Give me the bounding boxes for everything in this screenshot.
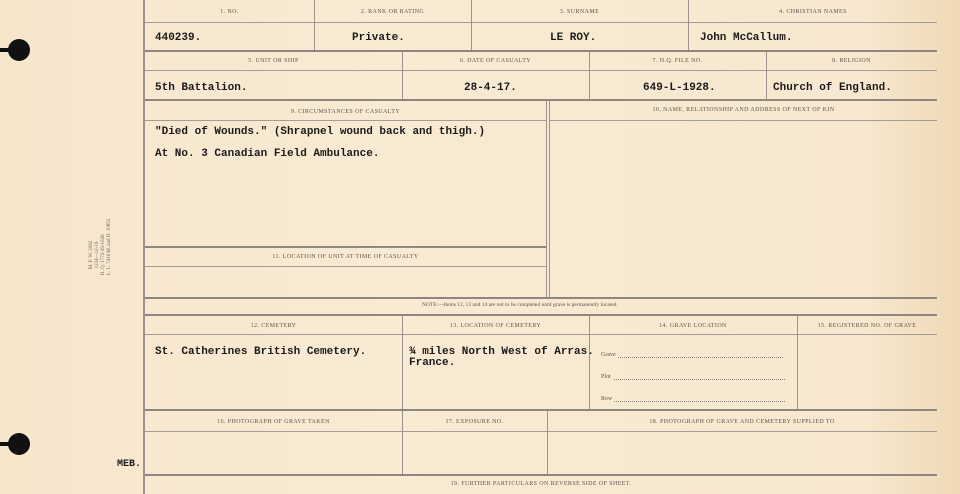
label-grave-location: 14. Grave Location — [589, 323, 797, 329]
label-circumstances: 9. Circumstances of Casualty — [145, 109, 546, 115]
divider — [145, 99, 937, 101]
label-photo-taken: 16. Photograph of Grave Taken — [145, 419, 402, 425]
clerk-initials: MEB. — [117, 459, 141, 470]
grave-field-line — [618, 357, 783, 358]
grave-field-label: Grave — [601, 352, 616, 358]
label-hq-file: 7. H.Q. File No. — [589, 58, 766, 64]
casualty-card: M. F. W. 2062 1234—12-19 H. Q. 1772-39-1… — [0, 0, 960, 494]
divider — [546, 101, 547, 297]
divider — [471, 0, 472, 50]
divider — [145, 120, 546, 121]
label-further-particulars: 19. Further Particulars on Reverse Side … — [145, 481, 937, 487]
divider — [314, 0, 315, 50]
divider — [797, 316, 798, 409]
value-religion: Church of England. — [773, 82, 892, 94]
value-location-of-cemetery-line2: France. — [409, 357, 455, 369]
value-date: 28-4-17. — [464, 82, 517, 94]
row-field-label: Row — [601, 396, 612, 402]
note-text: NOTE:—Items 12, 13 and 14 are not to be … — [422, 302, 618, 308]
label-christian-names: 4. Christian Names — [688, 9, 938, 15]
value-surname: LE ROY. — [550, 32, 596, 44]
value-rank: Private. — [352, 32, 405, 44]
divider — [549, 101, 550, 297]
divider — [589, 316, 590, 409]
divider — [145, 474, 937, 476]
plot-field-line — [614, 379, 785, 380]
divider — [550, 120, 937, 121]
divider — [145, 22, 937, 23]
divider — [145, 70, 937, 71]
value-cemetery: St. Catherines British Cemetery. — [155, 346, 366, 358]
divider — [145, 266, 546, 267]
value-circumstances-line2: At No. 3 Canadian Field Ambulance. — [155, 148, 379, 160]
label-unit: 5. Unit or Ship — [145, 58, 402, 64]
label-location-of-cemetery: 13. Location of Cemetery — [402, 323, 589, 329]
value-christian-names: John McCallum. — [700, 32, 792, 44]
divider — [145, 246, 546, 248]
label-rank: 2. Rank or Rating — [314, 9, 471, 15]
punch-hole-bottom — [8, 433, 30, 455]
divider — [145, 50, 937, 52]
divider — [402, 316, 403, 409]
label-photo-supplied: 18. Photograph of Grave and Cemetery Sup… — [547, 419, 937, 425]
divider — [145, 431, 937, 432]
value-no: 440239. — [155, 32, 201, 44]
label-no: 1. No. — [145, 9, 314, 15]
value-circumstances-line1: "Died of Wounds." (Shrapnel wound back a… — [155, 126, 485, 138]
plot-field-label: Plot — [601, 374, 611, 380]
label-cemetery: 12. Cemetery — [145, 323, 402, 329]
label-registered-no: 15. Registered No. of Grave — [797, 323, 937, 329]
divider — [145, 297, 937, 299]
value-hq-file: 649-L-1928. — [643, 82, 716, 94]
label-exposure-no: 17. Exposure No. — [402, 419, 547, 425]
value-unit: 5th Battalion. — [155, 82, 247, 94]
divider — [145, 314, 937, 316]
row-field-line — [614, 401, 785, 402]
label-religion: 8. Religion — [766, 58, 937, 64]
divider — [145, 409, 937, 411]
divider — [688, 0, 689, 50]
label-surname: 3. Surname — [471, 9, 688, 15]
divider — [145, 334, 937, 335]
label-date: 6. Date of Casualty — [402, 58, 589, 64]
label-location-of-unit: 11. Location of Unit at Time of Casualty — [145, 254, 546, 260]
label-next-of-kin: 10. Name, Relationship and Address of Ne… — [550, 107, 937, 113]
punch-hole-top — [8, 39, 30, 61]
